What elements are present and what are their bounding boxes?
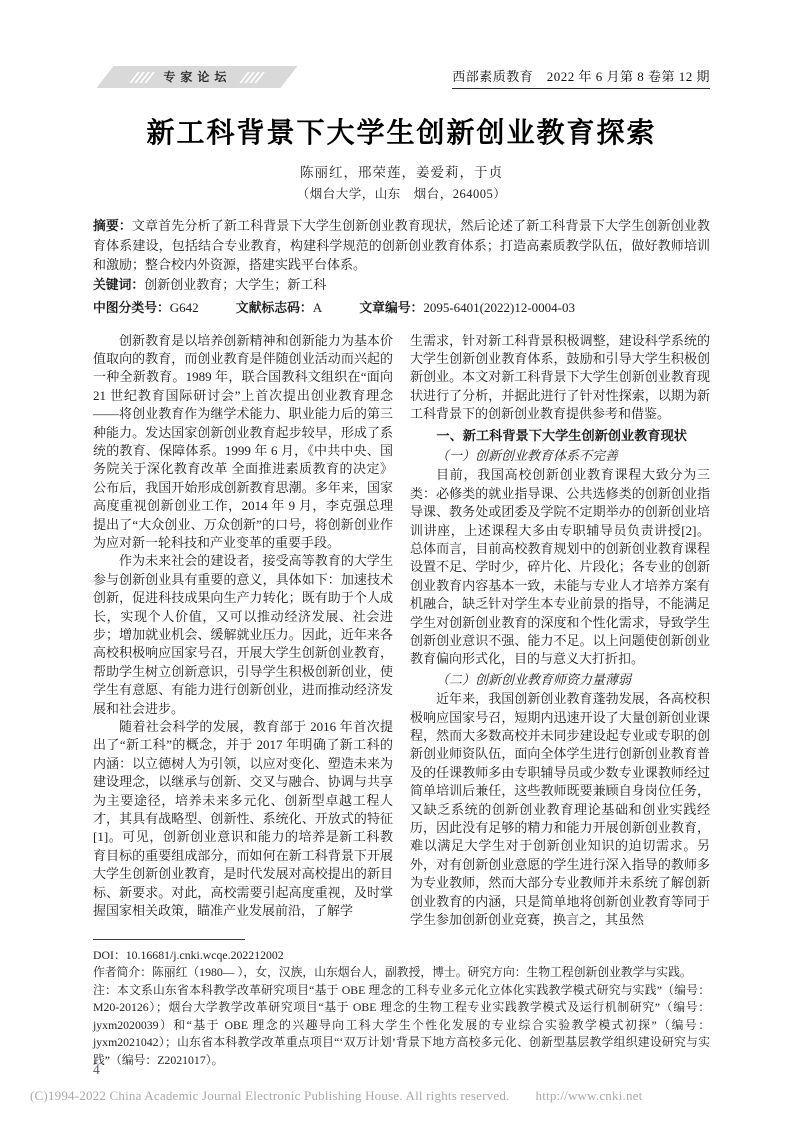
journal-issue-info: 西部素质教育 2022 年 6 月第 8 卷第 12 期 <box>452 66 710 89</box>
article-id: 文章编号：2095-6401(2022)12-0004-03 <box>359 300 575 315</box>
left-column: 创新教育是以培养创新精神和创新能力为基本价值取向的教育，而创业教育是伴随创业活动… <box>93 332 393 930</box>
page-header: 专家论坛 西部素质教育 2022 年 6 月第 8 卷第 12 期 <box>93 66 710 89</box>
cnki-footer: (C)1994-2022 China Academic Journal Elec… <box>30 1088 772 1104</box>
footnotes: DOI：10.16681/j.cnki.wcqe.202212002 作者简介：… <box>93 939 710 1070</box>
document-code: 文献标志码：A <box>236 300 322 315</box>
author-bio: 作者简介：陈丽红（1980— ），女，汉族，山东烟台人，副教授，博士。研究方向：… <box>93 964 710 982</box>
page-content: 专家论坛 西部素质教育 2022 年 6 月第 8 卷第 12 期 新工科背景下… <box>0 0 802 1069</box>
body-paragraph: 创新教育是以培养创新精神和创新能力为基本价值取向的教育，而创业教育是伴随创业活动… <box>93 332 393 553</box>
keywords: 关键词：创新创业教育；大学生；新工科 <box>93 275 710 295</box>
keywords-text: 创新创业教育；大学生；新工科 <box>144 277 326 292</box>
paper-page: 专家论坛 西部素质教育 2022 年 6 月第 8 卷第 12 期 新工科背景下… <box>0 0 802 1133</box>
body-paragraph: 目前，我国高校创新创业教育课程大致分为三类：必修类的就业指导课、公共选修类的创新… <box>410 466 710 668</box>
section-heading: 一、新工科背景下大学生创新创业教育现状 <box>410 427 710 445</box>
clc-number: 中图分类号：G642 <box>93 300 199 315</box>
body-paragraph: 近年来，我国创新创业教育蓬勃发展，各高校积极响应国家号召，短期内迅速开设了大量创… <box>410 690 710 929</box>
clc-value: G642 <box>170 300 199 315</box>
document-code-label: 文献标志码： <box>236 300 313 315</box>
article-authors: 陈丽红，邢荣莲，姜爱莉，于贞 <box>93 161 710 181</box>
section-label: 专家论坛 <box>163 68 231 85</box>
keywords-label: 关键词： <box>93 277 144 292</box>
hatch-decoration-right-icon <box>236 72 267 83</box>
article-id-value: 2095-6401(2022)12-0004-03 <box>423 300 575 315</box>
article-affiliation: （烟台大学，山东 烟台，264005） <box>93 184 710 202</box>
subsection-heading: （一）创新创业教育体系不完善 <box>410 447 710 465</box>
abstract-text: 文章首先分析了新工科背景下大学生创新创业教育现状，然后论述了新工科背景下大学生创… <box>93 218 710 272</box>
hatch-decoration-left-icon <box>126 72 157 83</box>
cnki-url: http://www.cnki.net <box>536 1088 643 1104</box>
section-badge: 专家论坛 <box>96 66 297 88</box>
document-code-value: A <box>313 300 322 315</box>
copyright-text: (C)1994-2022 China Academic Journal Elec… <box>30 1088 510 1104</box>
footnote-separator <box>93 939 245 940</box>
clc-label: 中图分类号： <box>93 300 170 315</box>
page-number: 4 <box>93 1062 100 1078</box>
abstract-block: 摘要：文章首先分析了新工科背景下大学生创新创业教育现状，然后论述了新工科背景下大… <box>93 216 710 318</box>
article-title: 新工科背景下大学生创新创业教育探索 <box>93 111 710 151</box>
right-column: 生需求，针对新工科背景积极调整，建设科学系统的大学生创新创业教育体系，鼓励和引导… <box>410 332 710 930</box>
article-meta-row: 中图分类号：G642 文献标志码：A 文章编号：2095-6401(2022)1… <box>93 298 710 318</box>
article-body: 创新教育是以培养创新精神和创新能力为基本价值取向的教育，而创业教育是伴随创业活动… <box>93 332 710 930</box>
body-paragraph: 随着社会科学的发展，教育部于 2016 年首次提出了“新工科”的概念，并于 20… <box>93 718 393 920</box>
abstract: 摘要：文章首先分析了新工科背景下大学生创新创业教育现状，然后论述了新工科背景下大… <box>93 216 710 275</box>
doi-line: DOI：10.16681/j.cnki.wcqe.202212002 <box>93 947 710 965</box>
subsection-heading: （二）创新创业教育师资力量薄弱 <box>410 671 710 689</box>
funding-note: 注：本文系山东省本科教学改革研究项目“基于 OBE 理念的工科专业多元化立体化实… <box>93 982 710 1070</box>
body-paragraph-continued: 生需求，针对新工科背景积极调整，建设科学系统的大学生创新创业教育体系，鼓励和引导… <box>410 332 710 424</box>
abstract-label: 摘要： <box>93 218 132 233</box>
article-id-label: 文章编号： <box>359 300 423 315</box>
body-paragraph: 作为未来社会的建设者，接受高等教育的大学生参与创新创业具有重要的意义，具体如下：… <box>93 552 393 718</box>
